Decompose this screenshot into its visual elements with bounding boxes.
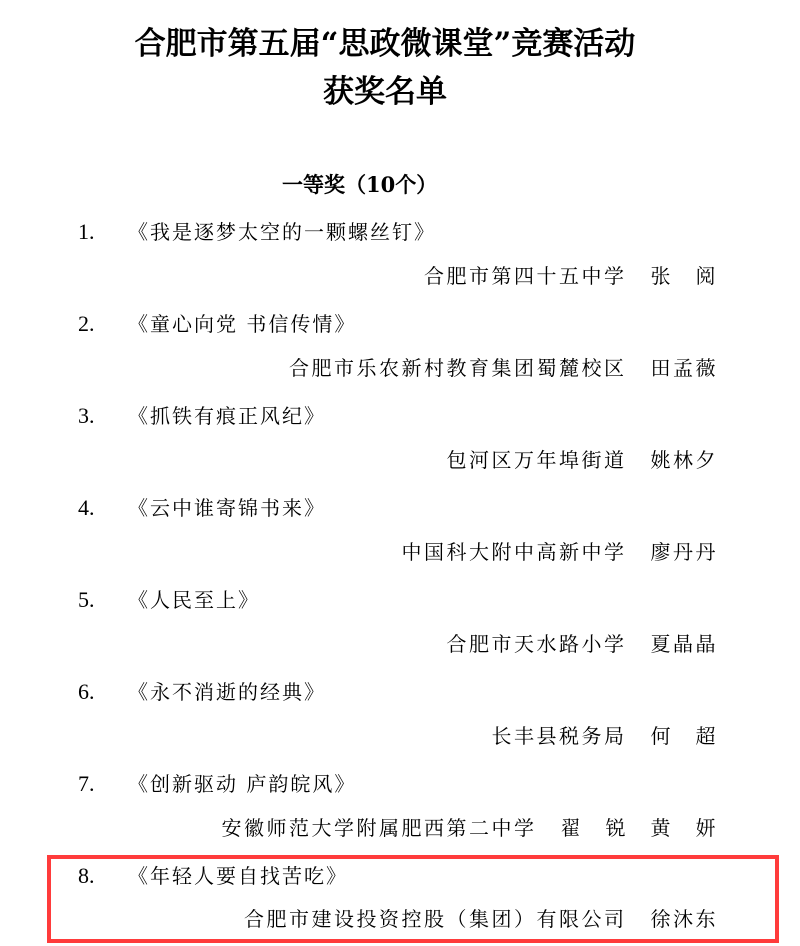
entry-work-title: 《我是逐梦太空的一颗螺丝钉》 [128, 220, 436, 244]
entry-number: 3. [78, 402, 128, 430]
entry-work-title: 《永不消逝的经典》 [128, 680, 326, 704]
entry-number: 7. [78, 770, 128, 798]
entry-organization: 合肥市建设投资控股（集团）有限公司 [244, 907, 627, 931]
entry-work-title: 《人民至上》 [128, 588, 260, 612]
entry-work-title: 《抓铁有痕正风纪》 [128, 404, 326, 428]
entry-number: 6. [78, 678, 128, 706]
entry-author: 中国科大附中高新中学廖丹丹 [402, 538, 719, 566]
entry-author: 合肥市第四十五中学张 阅 [424, 262, 718, 290]
entry-title: 2.《童心向党 书信传情》 [78, 310, 356, 338]
entry-author: 长丰县税务局何 超 [492, 722, 719, 750]
entry-work-title: 《创新驱动 庐韵皖风》 [128, 772, 356, 796]
entry-number: 1. [78, 218, 128, 246]
section-heading-first-prize: 一等奖（10个） [282, 170, 437, 200]
entry-author: 安徽师范大学附属肥西第二中学翟 锐 黄 妍 [222, 814, 719, 842]
entry-person: 徐沐东 [651, 905, 719, 933]
entry-title: 3.《抓铁有痕正风纪》 [78, 402, 326, 430]
entry-author: 合肥市建设投资控股（集团）有限公司徐沐东 [244, 905, 718, 933]
entry-organization: 中国科大附中高新中学 [402, 540, 627, 564]
entry-person: 田孟薇 [651, 354, 719, 382]
entry-title: 1.《我是逐梦太空的一颗螺丝钉》 [78, 218, 436, 246]
document-title-line1: 合肥市第五届“思政微课堂”竞赛活动 [0, 24, 770, 64]
entry-title: 6.《永不消逝的经典》 [78, 678, 326, 706]
entry-organization: 合肥市第四十五中学 [424, 264, 627, 288]
entry-organization: 长丰县税务局 [492, 724, 627, 748]
entry-number: 8. [78, 862, 128, 890]
entry-title: 8.《年轻人要自找苦吃》 [78, 862, 348, 890]
entry-person: 廖丹丹 [651, 538, 719, 566]
entry-work-title: 《童心向党 书信传情》 [128, 312, 356, 336]
entry-title: 7.《创新驱动 庐韵皖风》 [78, 770, 356, 798]
entry-organization: 合肥市天水路小学 [447, 632, 627, 656]
document-title-line2: 获奖名单 [0, 72, 770, 112]
entry-work-title: 《云中谁寄锦书来》 [128, 496, 326, 520]
entry-person: 姚林夕 [651, 446, 719, 474]
entry-number: 4. [78, 494, 128, 522]
entry-person: 翟 锐 黄 妍 [561, 814, 719, 842]
entry-person: 何 超 [651, 722, 719, 750]
entry-number: 2. [78, 310, 128, 338]
entry-title: 5.《人民至上》 [78, 586, 260, 614]
entry-title: 4.《云中谁寄锦书来》 [78, 494, 326, 522]
entry-person: 张 阅 [651, 262, 719, 290]
entry-author: 合肥市天水路小学夏晶晶 [447, 630, 719, 658]
entry-number: 5. [78, 586, 128, 614]
entry-work-title: 《年轻人要自找苦吃》 [128, 864, 348, 888]
entry-organization: 合肥市乐农新村教育集团蜀麓校区 [289, 356, 627, 380]
entry-author: 包河区万年埠街道姚林夕 [447, 446, 719, 474]
entry-author: 合肥市乐农新村教育集团蜀麓校区田孟薇 [289, 354, 718, 382]
entry-organization: 包河区万年埠街道 [447, 448, 627, 472]
entry-person: 夏晶晶 [651, 630, 719, 658]
entry-organization: 安徽师范大学附属肥西第二中学 [222, 816, 537, 840]
